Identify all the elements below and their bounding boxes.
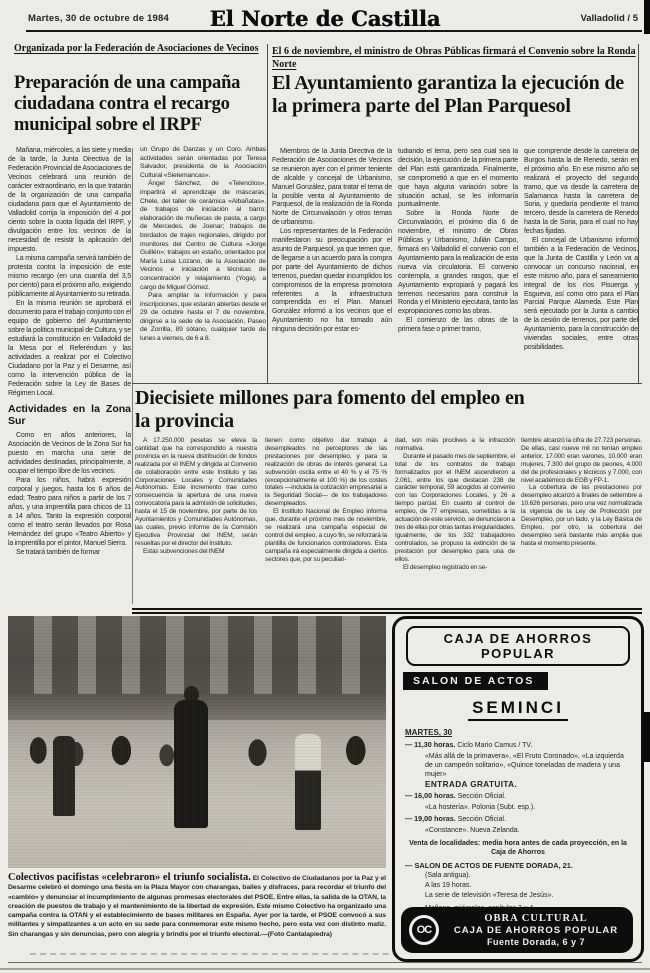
- empleo-headline: Diecisiete millones para fomento del emp…: [135, 387, 535, 433]
- empleo-column-4: tiembre alcanzó la cifra de 27.723 perso…: [521, 437, 642, 607]
- ad-item-films: «La hostería». Polonia (Subt. esp.).: [425, 803, 631, 812]
- ad-free-entry: ENTRADA GRATUITA.: [425, 780, 641, 789]
- article-divider-horizontal: [132, 383, 642, 384]
- paragraph: El comienzo de las obras de la primera f…: [398, 317, 518, 335]
- ad-caja-popular: CAJA DE AHORROS POPULAR SALON DE ACTOS S…: [392, 616, 644, 962]
- caption-lead: Colectivos pacifistas «celebraron» el tr…: [8, 872, 251, 883]
- paragraph: En la misma reunión se aprobará el docum…: [8, 299, 131, 398]
- paragraph: La misma campaña servirá también de prot…: [8, 254, 131, 299]
- ad-day: MARTES, 30: [405, 728, 641, 737]
- ad-ticket-note: Venta de localidades: media hora antes d…: [401, 839, 635, 857]
- paragraph: Ángel Sánchez, de «Telencilos», impartir…: [140, 180, 266, 292]
- article-divider-vertical: [267, 44, 268, 384]
- paragraph: dad, son más proclives a la infracción n…: [395, 437, 515, 453]
- photo-grain-overlay: [8, 616, 386, 868]
- ad-item-films: «Más allá de la primavera», «El Fruto Co…: [425, 752, 631, 779]
- ad-venue2-heading: — SALON DE ACTOS DE FUENTE DORADA, 21.: [417, 861, 633, 870]
- masthead: El Norte de Castilla: [0, 6, 650, 31]
- paragraph: tudiando el tema, pero sea cual sea la d…: [398, 148, 518, 210]
- parquesol-kicker: El 6 de noviembre, el ministro de Obras …: [272, 45, 638, 71]
- ad-item-time: — 19,00 horas.: [405, 814, 456, 823]
- paragraph: La cobertura de las prestaciones por des…: [521, 484, 642, 547]
- page-bottom-rule: [8, 962, 642, 963]
- irpf-column-2: un Grupo de Danzas y un Coro. Ambas acti…: [140, 146, 266, 380]
- paragraph: Los representantes de la Federación mani…: [272, 228, 392, 335]
- scan-corner-mark: [644, 0, 650, 34]
- paragraph: Durante el pasado mes de septiembre, el …: [395, 453, 515, 564]
- ad-venue2-line: A las 19 horas.: [425, 881, 631, 890]
- ad-item-text: Ciclo Mario Camus / TV.: [455, 742, 532, 749]
- ad-venue2-line: (Sala antigua).: [425, 871, 631, 880]
- ad-item-time: — 11,30 horas.: [405, 740, 455, 749]
- page-number: Valladolid / 5: [580, 13, 638, 24]
- photo-plaza-mayor: [8, 616, 386, 868]
- ad-item: — 11,30 horas. Ciclo Mario Camus / TV.: [417, 740, 633, 750]
- ad-venue2-line: La serie de televisión «Teresa de Jesús»…: [425, 891, 631, 900]
- header-divider: [26, 30, 642, 32]
- paragraph: tiembre alcanzó la cifra de 27.723 perso…: [521, 437, 642, 484]
- ad-item: — 19,00 horas. Sección Oficial.: [417, 814, 633, 824]
- ad-footer-line: Fuente Dorada, 6 y 7: [447, 937, 625, 947]
- ad-item-time: — 16,00 horas.: [405, 791, 456, 800]
- paragraph: A 17.250.000 pesetas se eleva la cantida…: [135, 437, 257, 548]
- newspaper-page: Martes, 30 de octubre de 1984 El Norte d…: [0, 0, 650, 973]
- ad-title-seminci: SEMINCI: [468, 698, 568, 721]
- double-rule-divider: [132, 608, 642, 614]
- page-edge-rule: [0, 968, 650, 970]
- paragraph: Mañana, miércoles, a las siete y media d…: [8, 146, 131, 254]
- empleo-column-3: dad, son más proclives a la infracción n…: [395, 437, 515, 607]
- irpf-column-1: Mañana, miércoles, a las siete y media d…: [8, 146, 131, 606]
- paragraph: Como en años anteriores, la Asociación d…: [8, 431, 131, 476]
- photo-caption: Colectivos pacifistas «celebraron» el tr…: [8, 873, 386, 939]
- article-border-right: [638, 44, 639, 384]
- ad-item: — 16,00 horas. Sección Oficial.: [417, 791, 633, 801]
- irpf-subhead: Actividades en la Zona Sur: [8, 403, 131, 427]
- parquesol-headline: El Ayuntamiento garantiza la ejecución d…: [272, 72, 642, 118]
- ad-footer-line: CAJA DE AHORROS POPULAR: [447, 925, 625, 936]
- ad-hall-label: SALON DE ACTOS: [403, 672, 548, 690]
- paragraph: tienen como objetivo dar trabajo a desem…: [265, 437, 387, 508]
- paragraph: Estas subvenciones del INEM: [135, 548, 257, 556]
- obra-cultural-logo-icon: OC: [409, 915, 439, 945]
- ad-footer: OC OBRA CULTURAL CAJA DE AHORROS POPULAR…: [401, 907, 633, 953]
- paragraph: Miembros de la Junta Directiva de la Fed…: [272, 148, 392, 228]
- caption-body: El Colectivo de Ciudadanos por la Paz y …: [8, 875, 386, 938]
- paragraph: Para los niños, habrá expresión corporal…: [8, 476, 131, 548]
- parquesol-column-3: que comprende desde la carretera de Burg…: [524, 148, 638, 384]
- paragraph: Sobre la Ronda Norte de Circunvalación, …: [398, 210, 518, 317]
- parquesol-column-1: Miembros de la Junta Directiva de la Fed…: [272, 148, 392, 384]
- ad-bank-name: CAJA DE AHORROS POPULAR: [406, 626, 630, 666]
- empleo-column-2: tienen como objetivo dar trabajo a desem…: [265, 437, 387, 607]
- paragraph: El Instituto Nacional de Empleo informa …: [265, 508, 387, 563]
- paragraph: Para ampliar la información y para inscr…: [140, 292, 266, 344]
- irpf-kicker: Organizada por la Federación de Asociaci…: [14, 42, 266, 55]
- paragraph: que comprende desde la carretera de Burg…: [524, 148, 638, 237]
- ad-item-text: Sección Oficial.: [456, 816, 506, 823]
- ad-title-wrap: SEMINCI: [395, 698, 641, 721]
- paragraph: El concejal de Urbanismo informó también…: [524, 237, 638, 353]
- paragraph: un Grupo de Danzas y un Coro. Ambas acti…: [140, 146, 266, 180]
- parquesol-column-2: tudiando el tema, pero sea cual sea la d…: [398, 148, 518, 384]
- irpf-headline: Preparación de una campaña ciudadana con…: [14, 73, 268, 136]
- ad-footer-text: OBRA CULTURAL CAJA DE AHORROS POPULAR Fu…: [447, 913, 625, 947]
- ad-item-text: Sección Oficial.: [456, 793, 506, 800]
- paragraph: Se tratará también de formar: [8, 548, 131, 557]
- column-divider: [132, 148, 133, 604]
- paragraph: El desempleo registrado en se-: [395, 564, 515, 572]
- ad-footer-line: OBRA CULTURAL: [447, 913, 625, 924]
- empleo-column-1: A 17.250.000 pesetas se eleva la cantida…: [135, 437, 257, 607]
- ad-item-films: «Constance». Nueva Zelanda.: [425, 826, 631, 835]
